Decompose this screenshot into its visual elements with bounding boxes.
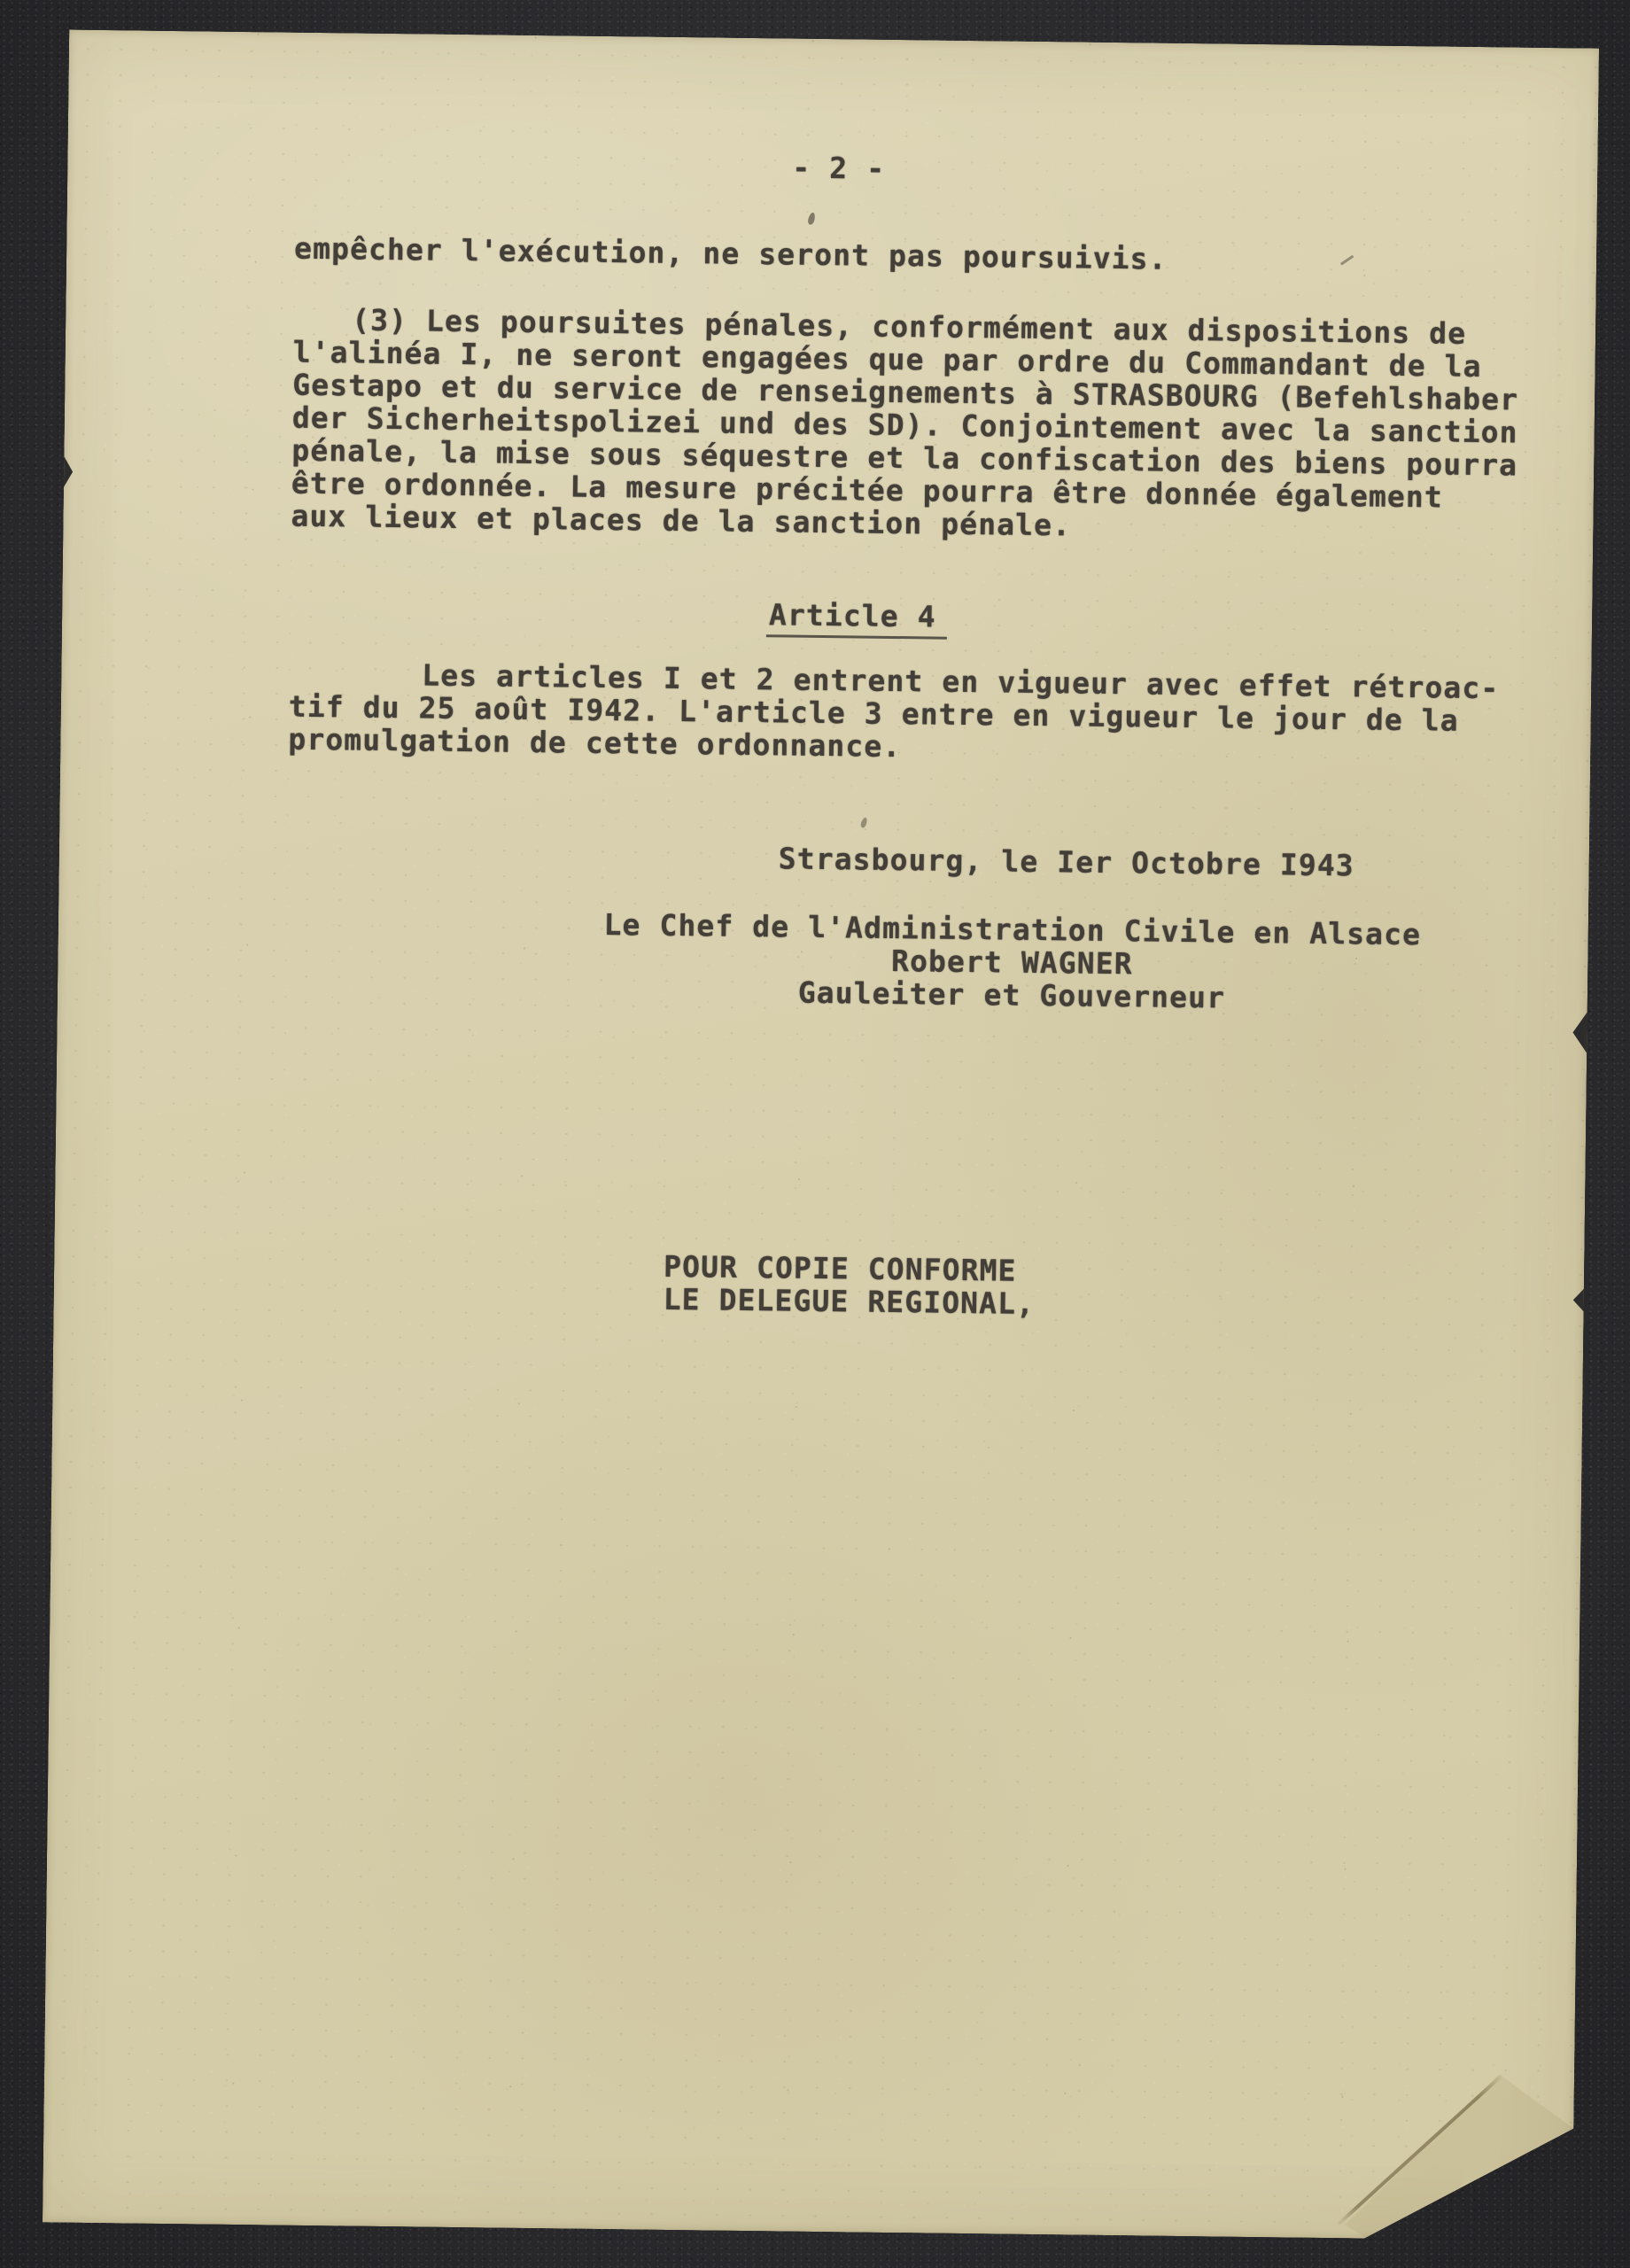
dateline: Strasbourg, le Ier Octobre I943: [779, 842, 1354, 882]
stray-ink-mark: [807, 212, 816, 225]
carryover-text-line: empêcher l'exécution, ne seront pas pour…: [294, 232, 1168, 276]
certification-line: LE DELEGUE REGIONAL,: [664, 1283, 1036, 1320]
paragraph-3: (3) Les poursuites pénales, conformément…: [291, 303, 1519, 548]
right-edge-notch: [1572, 1009, 1589, 1055]
stray-ink-mark: [1340, 255, 1354, 266]
article-4-heading: Article 4: [656, 564, 947, 672]
article-4-paragraph: Les articles I et 2 entrent en vigueur a…: [288, 657, 1499, 771]
stray-ink-mark: [860, 817, 869, 828]
page-number: - 2 -: [792, 151, 885, 185]
certification-block: POUR COPIE CONFORME LE DELEGUE REGIONAL,: [664, 1250, 1036, 1320]
document-page: - 2 - empêcher l'exécution, ne seront pa…: [43, 30, 1599, 2241]
signature-block: Le Chef de l'Administration Civile en Al…: [582, 908, 1442, 1017]
article-4-heading-text: Article 4: [766, 598, 947, 639]
photo-background: - 2 - empêcher l'exécution, ne seront pa…: [0, 0, 1630, 2268]
